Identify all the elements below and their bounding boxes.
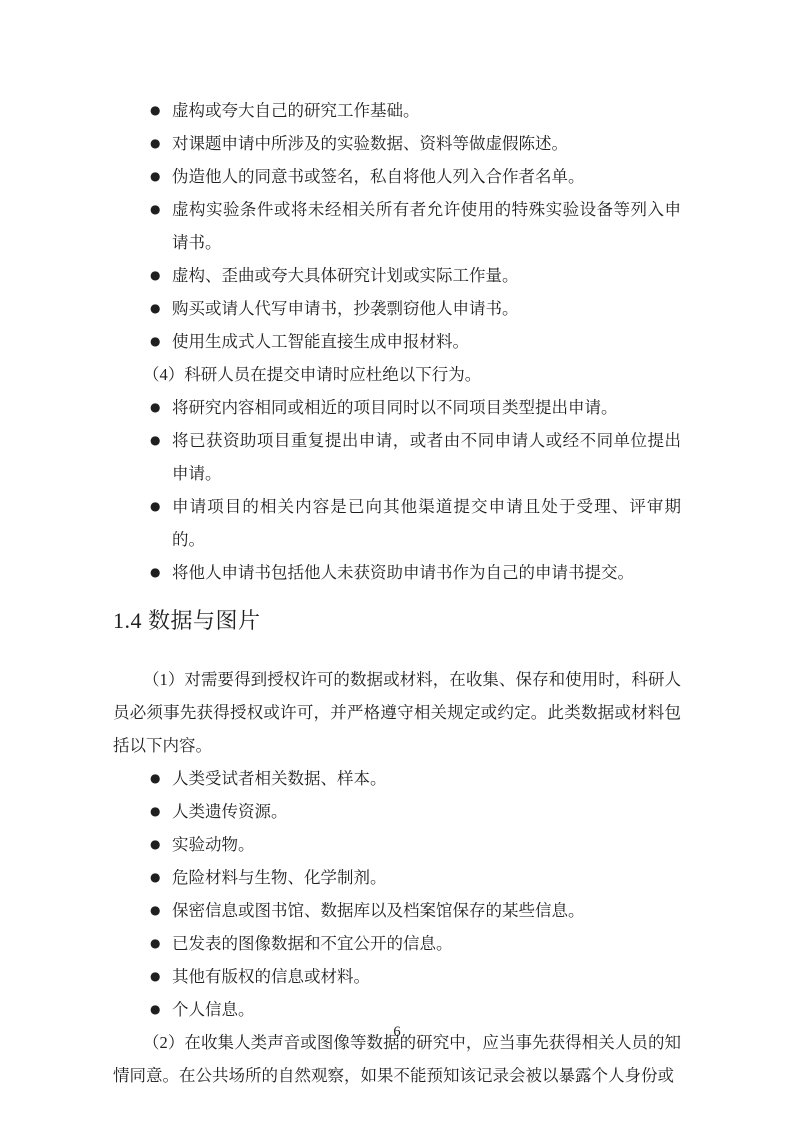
- list-item-text: 虚构、歪曲或夸大具体研究计划或实际工作量。: [172, 266, 519, 285]
- list-item-text: 个人信息。: [172, 1000, 255, 1019]
- list-item: ●虚构实验条件或将未经相关所有者允许使用的特殊实验设备等列入申请书。: [113, 193, 681, 259]
- bullet-icon: ●: [150, 556, 160, 589]
- list-item-text: 人类受试者相关数据、样本。: [172, 769, 387, 788]
- bullet-icon: ●: [150, 490, 160, 523]
- misconduct-bullet-list: ●虚构或夸大自己的研究工作基础。 ●对课题申请中所涉及的实验数据、资料等做虚假陈…: [113, 94, 681, 358]
- list-item: ●已发表的图像数据和不宜公开的信息。: [113, 927, 681, 960]
- list-item-text: 人类遗传资源。: [172, 802, 288, 821]
- bullet-icon: ●: [150, 127, 160, 160]
- list-item: ●将已获资助项目重复提出申请，或者由不同申请人或经不同单位提出申请。: [113, 424, 681, 490]
- list-item: ●危险材料与生物、化学制剂。: [113, 861, 681, 894]
- bullet-icon: ●: [150, 325, 160, 358]
- section-heading: 1.4 数据与图片: [113, 606, 681, 636]
- list-item: ●将研究内容相同或相近的项目同时以不同项目类型提出申请。: [113, 391, 681, 424]
- list-item-text: 已发表的图像数据和不宜公开的信息。: [172, 934, 453, 953]
- paragraph-item-4: （4）科研人员在提交申请时应杜绝以下行为。: [113, 358, 681, 391]
- list-item-text: 虚构或夸大自己的研究工作基础。: [172, 101, 420, 120]
- bullet-icon: ●: [150, 193, 160, 226]
- bullet-icon: ●: [150, 795, 160, 828]
- bullet-icon: ●: [150, 960, 160, 993]
- list-item: ●使用生成式人工智能直接生成申报材料。: [113, 325, 681, 358]
- bullet-icon: ●: [150, 861, 160, 894]
- list-item: ●购买或请人代写申请书，抄袭剽窃他人申请书。: [113, 292, 681, 325]
- authorized-data-bullet-list: ●人类受试者相关数据、样本。 ●人类遗传资源。 ●实验动物。 ●危险材料与生物、…: [113, 762, 681, 1026]
- list-item: ●将他人申请书包括他人未获资助申请书作为自己的申请书提交。: [113, 556, 681, 589]
- list-item: ●虚构、歪曲或夸大具体研究计划或实际工作量。: [113, 259, 681, 292]
- list-item: ●申请项目的相关内容是已向其他渠道提交申请且处于受理、评审期的。: [113, 490, 681, 556]
- list-item-text: 实验动物。: [172, 835, 255, 854]
- list-item: ●对课题申请中所涉及的实验数据、资料等做虚假陈述。: [113, 127, 681, 160]
- list-item: ●保密信息或图书馆、数据库以及档案馆保存的某些信息。: [113, 894, 681, 927]
- list-item-text: 将他人申请书包括他人未获资助申请书作为自己的申请书提交。: [172, 563, 634, 582]
- list-item-text: 使用生成式人工智能直接生成申报材料。: [172, 332, 469, 351]
- list-item: ●虚构或夸大自己的研究工作基础。: [113, 94, 681, 127]
- list-item-text: 申请项目的相关内容是已向其他渠道提交申请且处于受理、评审期的。: [172, 497, 681, 549]
- list-item: ●人类遗传资源。: [113, 795, 681, 828]
- list-item-text: 将研究内容相同或相近的项目同时以不同项目类型提出申请。: [172, 398, 618, 417]
- list-item-text: 危险材料与生物、化学制剂。: [172, 868, 387, 887]
- list-item: ●人类受试者相关数据、样本。: [113, 762, 681, 795]
- list-item-text: 其他有版权的信息或材料。: [172, 967, 370, 986]
- list-item-text: 保密信息或图书馆、数据库以及档案馆保存的某些信息。: [172, 901, 585, 920]
- paragraph-authorized-data: （1）对需要得到授权许可的数据或材料，在收集、保存和使用时，科研人员必须事先获得…: [113, 663, 681, 762]
- list-item: ●其他有版权的信息或材料。: [113, 960, 681, 993]
- list-item-text: 伪造他人的同意书或签名，私自将他人列入合作者名单。: [172, 167, 585, 186]
- list-item-text: 购买或请人代写申请书，抄袭剽窃他人申请书。: [172, 299, 519, 318]
- bullet-icon: ●: [150, 894, 160, 927]
- page-content: ●虚构或夸大自己的研究工作基础。 ●对课题申请中所涉及的实验数据、资料等做虚假陈…: [113, 94, 681, 1092]
- submission-bullet-list: ●将研究内容相同或相近的项目同时以不同项目类型提出申请。 ●将已获资助项目重复提…: [113, 391, 681, 589]
- bullet-icon: ●: [150, 424, 160, 457]
- list-item-text: 将已获资助项目重复提出申请，或者由不同申请人或经不同单位提出申请。: [172, 431, 681, 483]
- page-number: 6: [0, 1022, 794, 1042]
- list-item: ●伪造他人的同意书或签名，私自将他人列入合作者名单。: [113, 160, 681, 193]
- list-item-text: 虚构实验条件或将未经相关所有者允许使用的特殊实验设备等列入申请书。: [172, 200, 681, 252]
- list-item: ●实验动物。: [113, 828, 681, 861]
- bullet-icon: ●: [150, 94, 160, 127]
- bullet-icon: ●: [150, 927, 160, 960]
- bullet-icon: ●: [150, 828, 160, 861]
- bullet-icon: ●: [150, 391, 160, 424]
- document-page: ●虚构或夸大自己的研究工作基础。 ●对课题申请中所涉及的实验数据、资料等做虚假陈…: [0, 0, 794, 1123]
- list-item-text: 对课题申请中所涉及的实验数据、资料等做虚假陈述。: [172, 134, 568, 153]
- bullet-icon: ●: [150, 160, 160, 193]
- bullet-icon: ●: [150, 259, 160, 292]
- bullet-icon: ●: [150, 762, 160, 795]
- bullet-icon: ●: [150, 292, 160, 325]
